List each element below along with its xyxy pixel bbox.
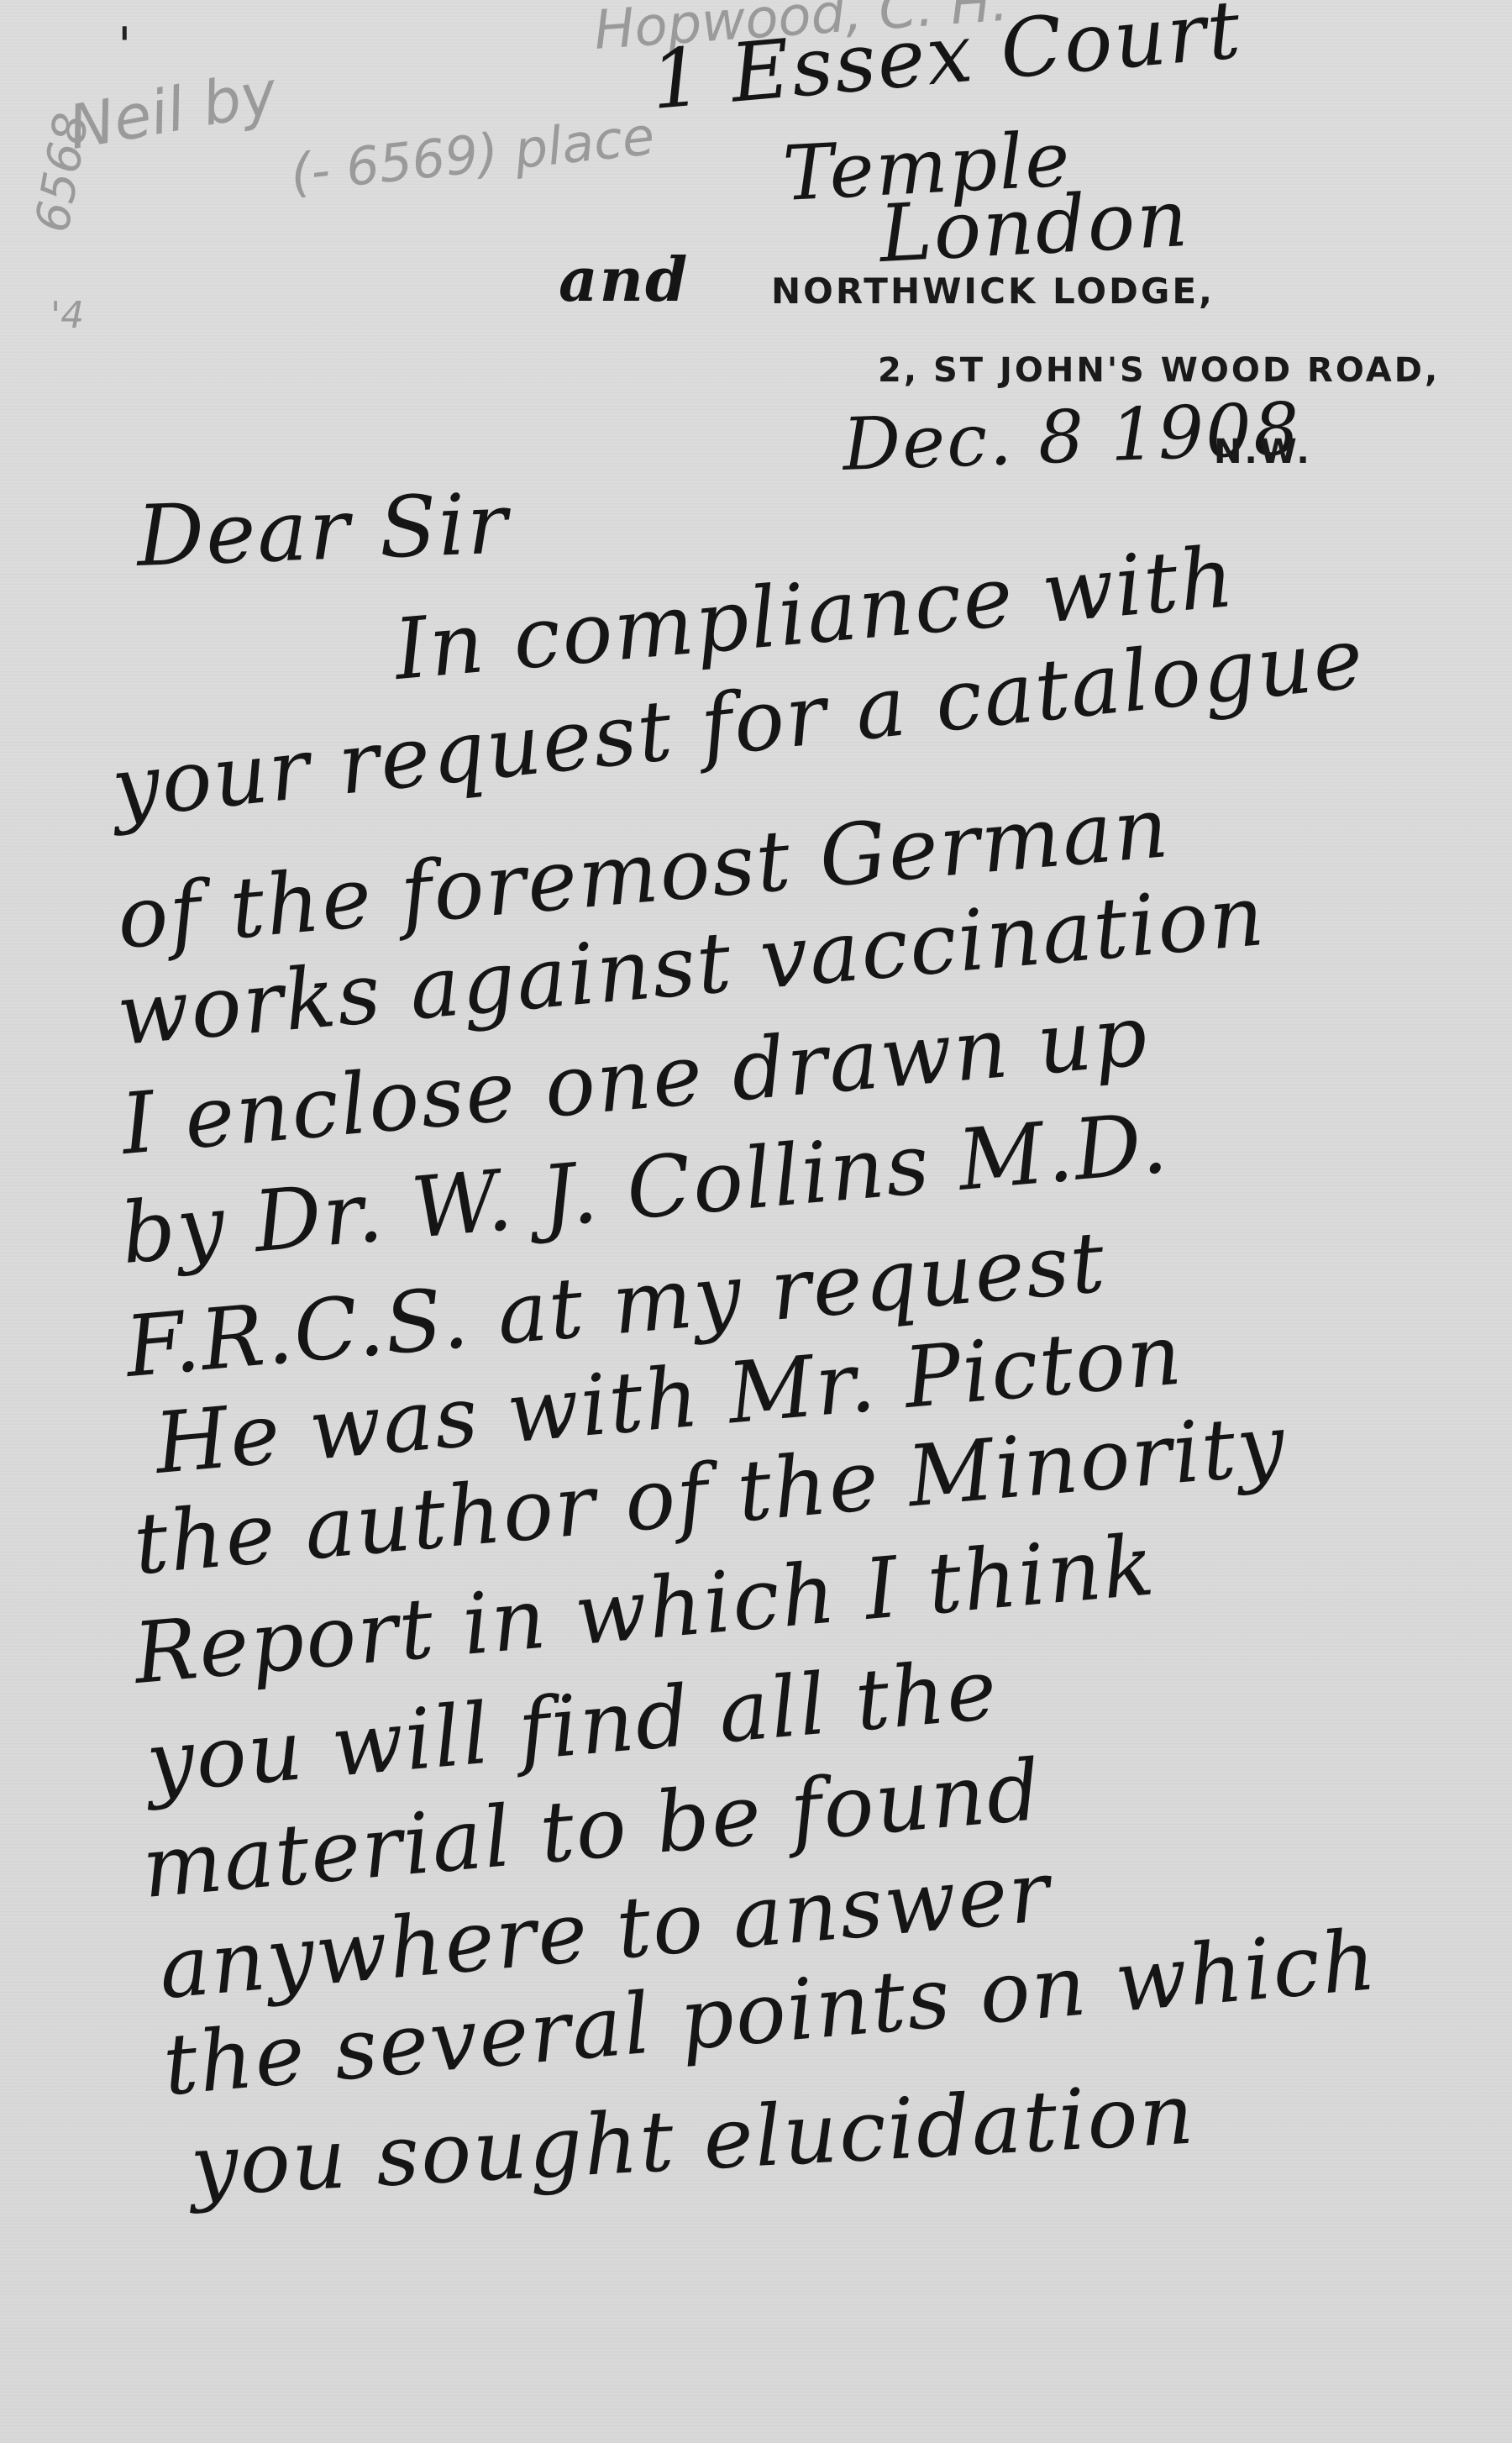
archival-note-line1: Neil by (63, 57, 281, 163)
archival-ref-number: 6568 (25, 109, 100, 237)
printed-postcode: N.W. (1214, 433, 1312, 471)
printed-letterhead-line-2: 2, ST JOHN'S WOOD ROAD, (878, 351, 1440, 390)
salutation: Dear Sir (135, 475, 511, 586)
letter-page: ' Hopwood, C. H. Neil by (- 6569) place … (0, 0, 1512, 2443)
address-connector: and (559, 244, 689, 315)
ink-tick-mark: ' (118, 17, 132, 76)
archival-note-line2: (- 6569) place (287, 105, 657, 204)
archival-ref-sub: '4 (50, 294, 84, 337)
address-line-3: London (877, 173, 1191, 281)
printed-letterhead-line-1: NORTHWICK LODGE, (771, 271, 1215, 312)
